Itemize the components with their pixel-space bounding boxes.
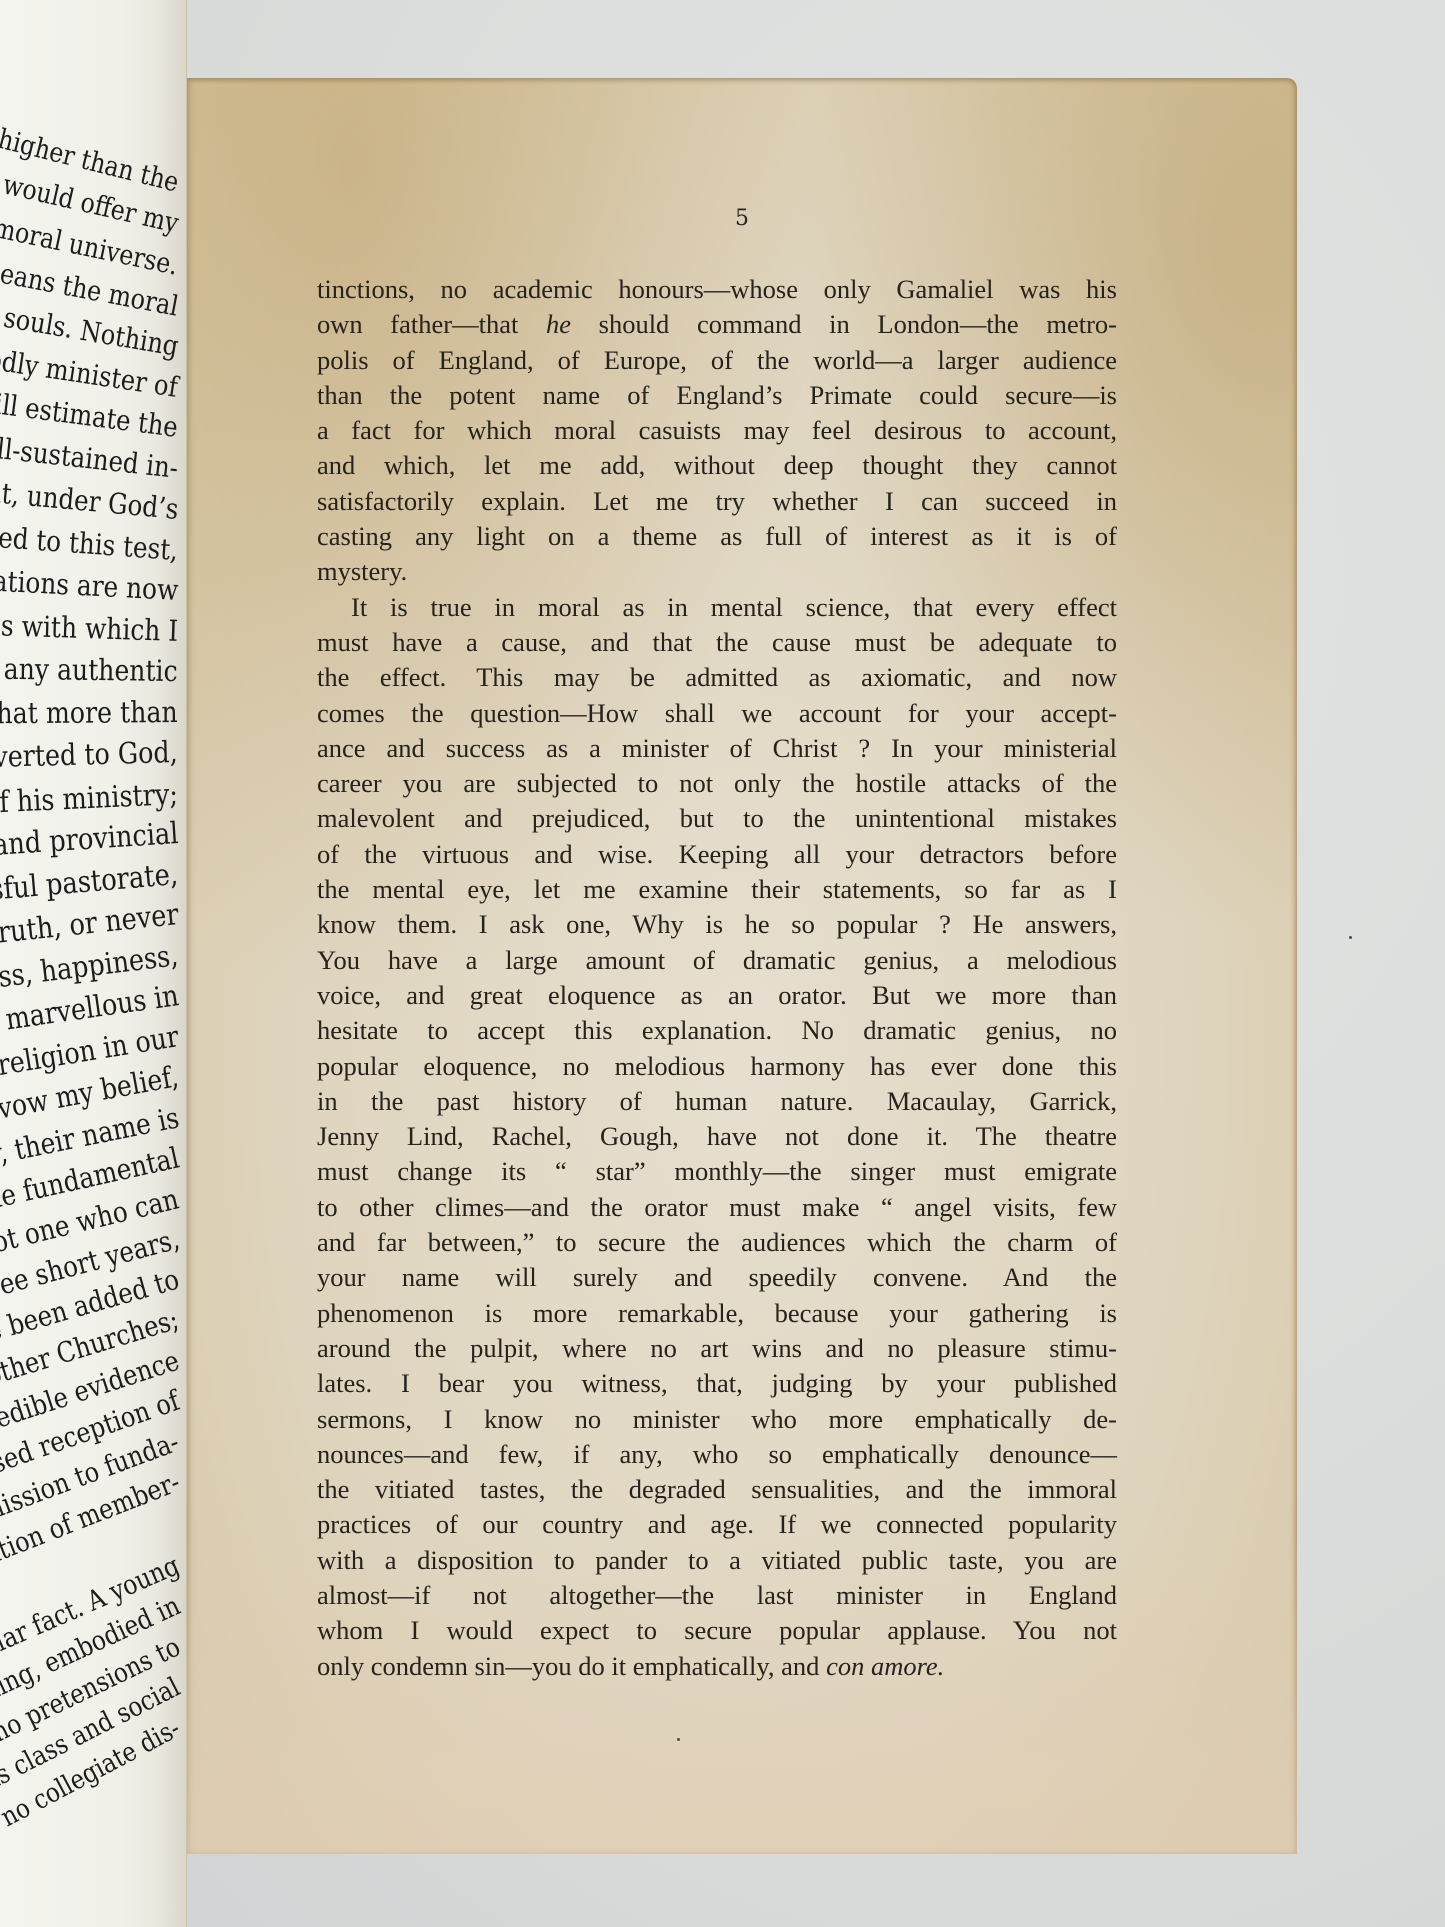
left-page-line-fragment: d—that more than [0,695,178,731]
text-line: only condemn sin—you do it emphatically,… [317,1649,1117,1684]
right-page: 5 tinctions, no academic honours—whose o… [187,78,1297,1854]
page-body-text: tinctions, no academic honours—whose onl… [317,272,1117,1684]
page-number: 5 [187,206,1297,231]
text-line: the effect. This may be admitted as axio… [317,660,1117,695]
text-line: whom I would expect to secure popular ap… [317,1613,1117,1648]
text-line: around the pulpit, where no art wins and… [317,1331,1117,1366]
left-page-line-fragment: jected to this test, [0,516,179,566]
text-line: than the potent name of England’s Primat… [317,378,1117,413]
text-line: comes the question—How shall we account … [317,696,1117,731]
text-line: practices of our country and age. If we … [317,1507,1117,1542]
text-line: phenomenon is more remarkable, because y… [317,1296,1117,1331]
text-line-with-italic: own father—that he should command in Lon… [317,307,1117,342]
text-line: You have a large amount of dramatic geni… [317,943,1117,978]
left-page-line-fragment: tries with which I [0,607,179,648]
text-line: nounces—and few, if any, who so emphatic… [317,1437,1117,1472]
text-line: and far between,” to secure the audience… [317,1225,1117,1260]
text-line: of the virtuous and wise. Keeping all yo… [317,837,1117,872]
text-line: your name will surely and speedily conve… [317,1260,1117,1295]
left-facing-page: higher than theI would offer myhe moral … [0,0,187,1927]
text-line: a fact for which moral casuists may feel… [317,413,1117,448]
text-line: mystery. [317,554,1117,589]
text-line: Jenny Lind, Rachel, Gough, have not done… [317,1119,1117,1154]
italic-emphasis: he [546,309,571,339]
text-line: and which, let me add, without deep thou… [317,448,1117,483]
text-line: lates. I bear you witness, that, judging… [317,1366,1117,1401]
text-line: sermons, I know no minister who more emp… [317,1402,1117,1437]
left-page-text-fragments: higher than theI would offer myhe moral … [0,0,186,1927]
text-line: hesitate to accept this explanation. No … [317,1013,1117,1048]
text-line: ance and success as a minister of Christ… [317,731,1117,766]
paper-speck [1349,936,1352,939]
left-page-line-fragment: ty of his ministry; [0,776,179,821]
text-line: must change its “ star” monthly—the sing… [317,1154,1117,1189]
paragraph-2: It is true in moral as in mental science… [317,590,1117,1684]
text-line: polis of England, of Europe, of the worl… [317,343,1117,378]
text-line: the mental eye, let me examine their sta… [317,872,1117,907]
paragraph-1: tinctions, no academic honours—whose onl… [317,272,1117,590]
left-page-line-fragment: converted to God, [0,735,178,775]
left-page-line-fragment: ssess any authentic [0,651,178,688]
text-line: the vitiated tastes, the degraded sensua… [317,1472,1117,1507]
text-line: malevolent and prejudiced, but to the un… [317,801,1117,836]
paper-speck [677,1738,680,1741]
text-line: popular eloquence, no melodious harmony … [317,1049,1117,1084]
italic-emphasis: con amore. [826,1651,944,1681]
text-line: It is true in moral as in mental science… [317,590,1117,625]
text-line: satisfactorily explain. Let me try wheth… [317,484,1117,519]
text-line: voice, and great eloquence as an orator.… [317,978,1117,1013]
text-line: in the past history of human nature. Mac… [317,1084,1117,1119]
text-line: to other climes—and the orator must make… [317,1190,1117,1225]
text-line: tinctions, no academic honours—whose onl… [317,272,1117,307]
text-line: almost—if not altogether—the last minist… [317,1578,1117,1613]
text-line: casting any light on a theme as full of … [317,519,1117,554]
left-page-line-fragment: ratulations are now [0,561,179,607]
text-line: career you are subjected to not only the… [317,766,1117,801]
text-line: must have a cause, and that the cause mu… [317,625,1117,660]
text-line: know them. I ask one, Why is he so popul… [317,907,1117,942]
text-line: with a disposition to pander to a vitiat… [317,1543,1117,1578]
